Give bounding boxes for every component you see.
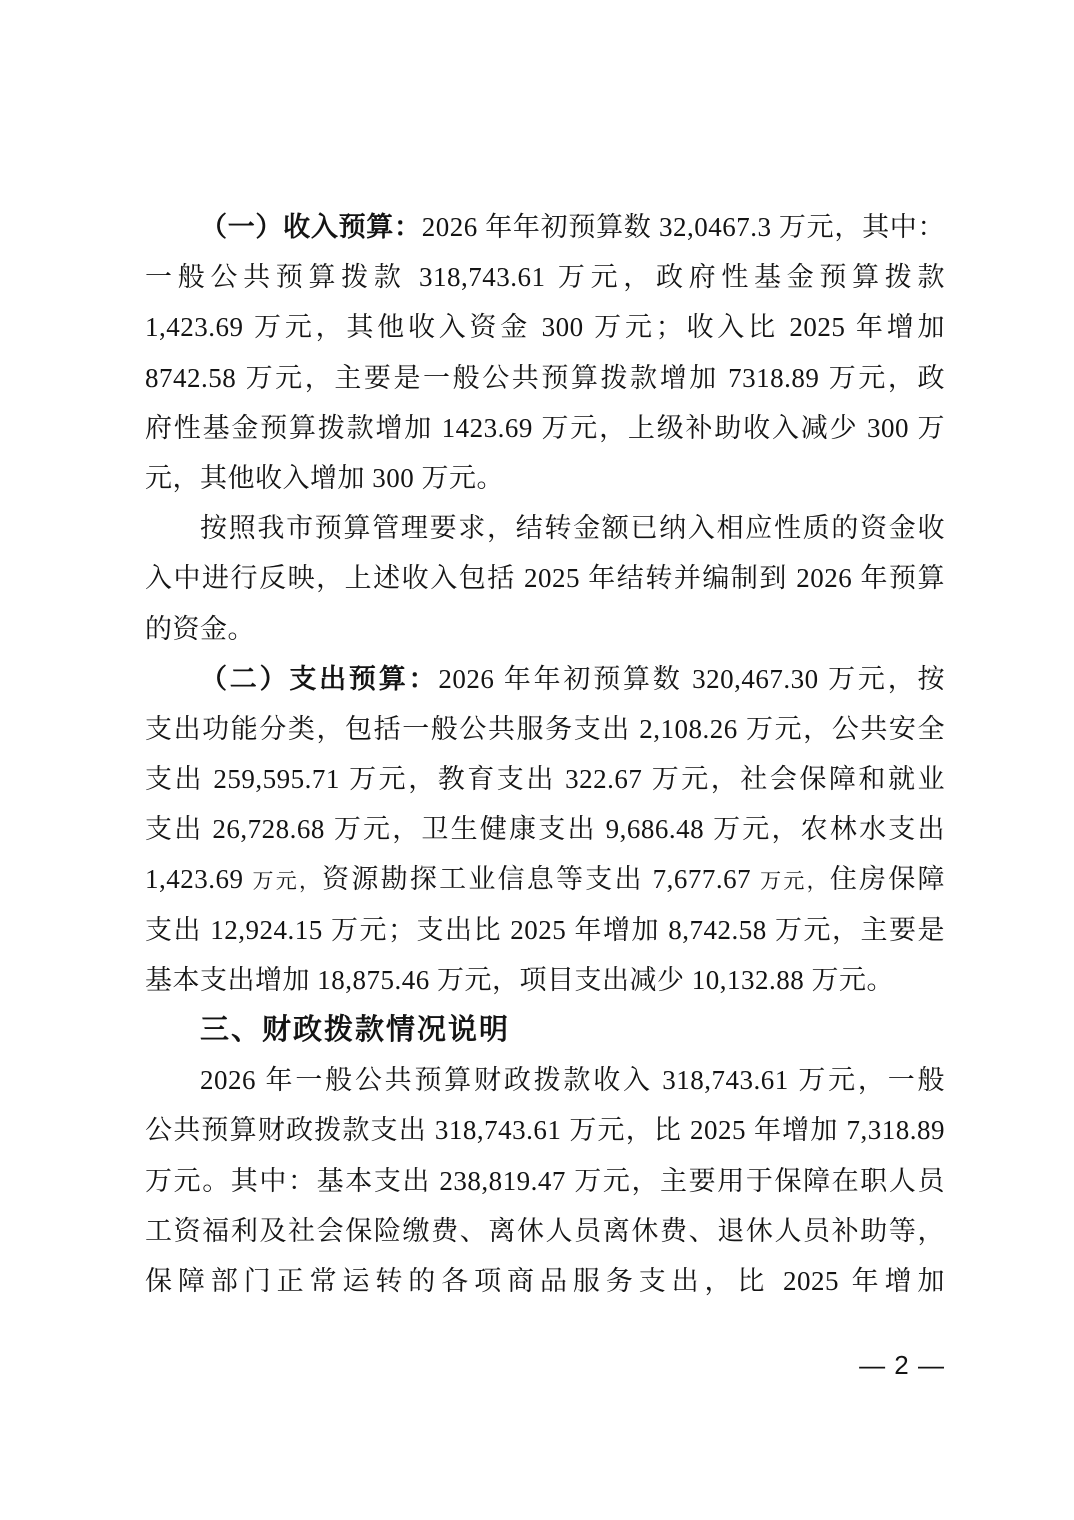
paragraph-line: 一般公共预算拨款 318,743.61 万元，政府性基金预算拨款	[145, 252, 945, 302]
section-heading-fiscal-appropriation: 三、财政拨款情况说明	[145, 1005, 945, 1055]
paragraph-line: 按照我市预算管理要求，结转金额已纳入相应性质的资金收	[145, 503, 945, 553]
line-text: 按照我市预算管理要求，结转金额已纳入相应性质的资金收	[200, 513, 945, 543]
paragraph-line: 2026 年一般公共预算财政拨款收入 318,743.61 万元，一般	[145, 1055, 945, 1105]
paragraph-line: （一）收入预算：2026 年年初预算数 32,0467.3 万元，其中：	[145, 202, 945, 252]
paragraph-line: 元，其他收入增加 300 万元。	[145, 453, 945, 503]
paragraph-line: 支出 26,728.68 万元，卫生健康支出 9,686.48 万元，农林水支出	[145, 804, 945, 854]
paragraph-line: 的资金。	[145, 604, 945, 654]
paragraph-line: 1,423.69 万元，其他收入资金 300 万元；收入比 2025 年增加	[145, 302, 945, 352]
line-text: 支出 259,595.71 万元，教育支出 322.67 万元，社会保障和就业	[145, 764, 945, 794]
paragraph-line: 工资福利及社会保险缴费、离休人员离休费、退休人员补助等，	[145, 1206, 945, 1256]
document-page: （一）收入预算：2026 年年初预算数 32,0467.3 万元，其中： 一般公…	[0, 0, 1074, 1520]
paragraph-line: 8742.58 万元，主要是一般公共预算拨款增加 7318.89 万元，政	[145, 353, 945, 403]
document-body: （一）收入预算：2026 年年初预算数 32,0467.3 万元，其中： 一般公…	[145, 202, 945, 1306]
line-text: 资源勘探工业信息等支出 7,677.67	[322, 864, 760, 894]
line-text: 公共预算财政拨款支出 318,743.61 万元，比 2025 年增加 7,31…	[145, 1115, 945, 1145]
paragraph-line: 支出 12,924.15 万元；支出比 2025 年增加 8,742.58 万元…	[145, 905, 945, 955]
line-text: 2026 年年初预算数 32,0467.3 万元，其中：	[422, 212, 945, 242]
subsection-label-expenditure-budget: （二）支出预算：	[200, 664, 438, 694]
line-text: 2026 年一般公共预算财政拨款收入 318,743.61 万元，一般	[200, 1065, 945, 1095]
line-text: 2026 年年初预算数 320,467.30 万元，按	[438, 664, 945, 694]
line-text: 工资福利及社会保险缴费、离休人员离休费、退休人员补助等，	[145, 1216, 945, 1246]
line-text: 8742.58 万元，主要是一般公共预算拨款增加 7318.89 万元，政	[145, 363, 945, 393]
paragraph-line: 支出 259,595.71 万元，教育支出 322.67 万元，社会保障和就业	[145, 754, 945, 804]
line-text: 住房保障	[830, 864, 945, 894]
line-text: 的资金。	[145, 614, 255, 644]
line-text-small-unit: 万元，	[760, 869, 830, 893]
line-text: 支出功能分类，包括一般公共服务支出 2,108.26 万元，公共安全	[145, 714, 945, 744]
line-text: 万元。其中：基本支出 238,819.47 万元，主要用于保障在职人员	[145, 1166, 945, 1196]
line-text: 基本支出增加 18,875.46 万元，项目支出减少 10,132.88 万元。	[145, 965, 894, 995]
paragraph-line: 入中进行反映，上述收入包括 2025 年结转并编制到 2026 年预算	[145, 553, 945, 603]
heading-text: 三、财政拨款情况说明	[200, 1014, 510, 1046]
line-text: 支出 12,924.15 万元；支出比 2025 年增加 8,742.58 万元…	[145, 915, 945, 945]
paragraph-line: 府性基金预算拨款增加 1423.69 万元，上级补助收入减少 300 万	[145, 403, 945, 453]
line-text: 支出 26,728.68 万元，卫生健康支出 9,686.48 万元，农林水支出	[145, 814, 945, 844]
paragraph-line: （二）支出预算：2026 年年初预算数 320,467.30 万元，按	[145, 654, 945, 704]
paragraph-line: 保障部门正常运转的各项商品服务支出，比 2025 年增加	[145, 1256, 945, 1306]
paragraph-line: 万元。其中：基本支出 238,819.47 万元，主要用于保障在职人员	[145, 1156, 945, 1206]
paragraph-line: 公共预算财政拨款支出 318,743.61 万元，比 2025 年增加 7,31…	[145, 1105, 945, 1155]
line-text: 元，其他收入增加 300 万元。	[145, 463, 504, 493]
line-text: 入中进行反映，上述收入包括 2025 年结转并编制到 2026 年预算	[145, 563, 945, 593]
line-text: 保障部门正常运转的各项商品服务支出，比 2025 年增加	[145, 1266, 945, 1296]
subsection-label-income-budget: （一）收入预算：	[200, 212, 422, 242]
paragraph-line: 基本支出增加 18,875.46 万元，项目支出减少 10,132.88 万元。	[145, 955, 945, 1005]
line-text: 一般公共预算拨款 318,743.61 万元，政府性基金预算拨款	[145, 262, 945, 292]
paragraph-line: 支出功能分类，包括一般公共服务支出 2,108.26 万元，公共安全	[145, 704, 945, 754]
line-text-small-unit: 万元，	[252, 869, 322, 893]
line-text: 1,423.69	[145, 864, 252, 894]
line-text: 府性基金预算拨款增加 1423.69 万元，上级补助收入减少 300 万	[145, 413, 945, 443]
paragraph-line: 1,423.69 万元，资源勘探工业信息等支出 7,677.67 万元，住房保障	[145, 854, 945, 904]
line-text: 1,423.69 万元，其他收入资金 300 万元；收入比 2025 年增加	[145, 312, 945, 342]
page-number: — 2 —	[145, 1350, 945, 1381]
